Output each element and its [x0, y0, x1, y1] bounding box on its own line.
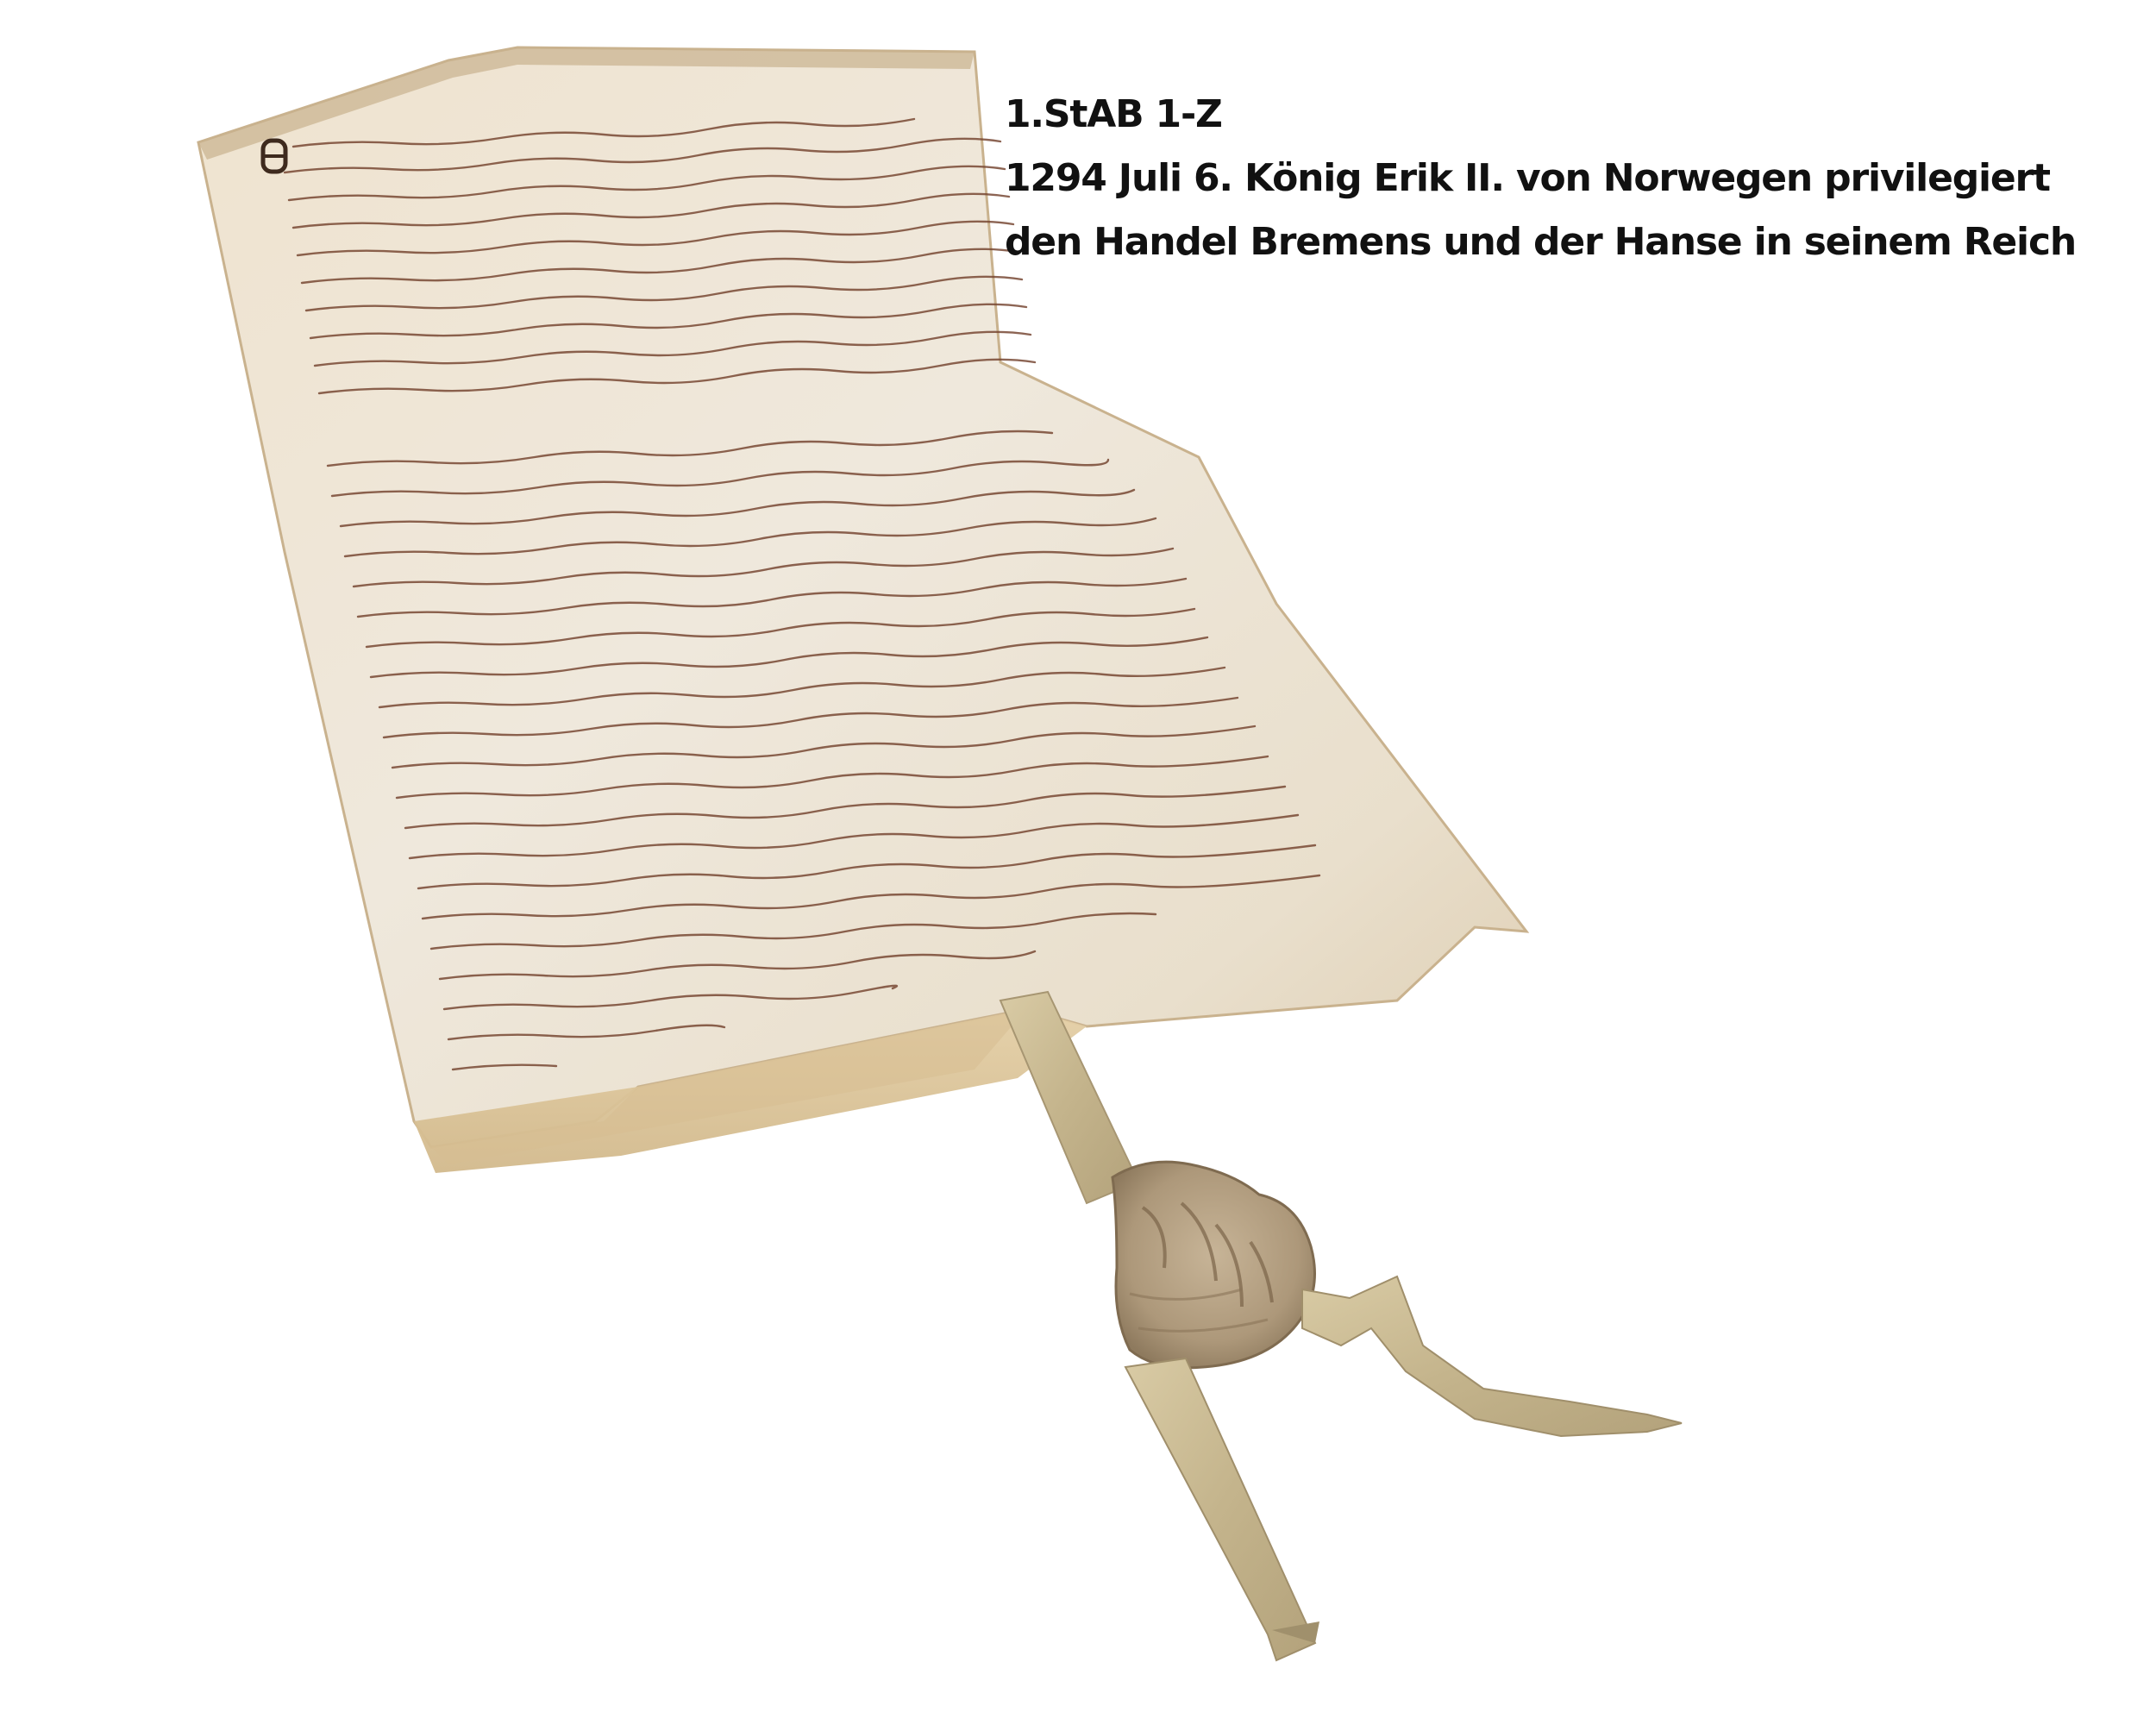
wax-seal — [1112, 1162, 1315, 1368]
seal-strap-lower-left — [1125, 1358, 1319, 1660]
caption-title-line-1: 1294 Juli 6. König Erik II. von Norwegen… — [1005, 147, 2143, 210]
seal-strap-lower-right — [1302, 1276, 1682, 1436]
caption-title-line-2: den Handel Bremens und der Hanse in sein… — [1005, 210, 2143, 274]
document-caption: 1.StAB 1-Z 1294 Juli 6. König Erik II. v… — [1005, 83, 2143, 274]
archive-signature: 1.StAB 1-Z — [1005, 83, 2143, 147]
document-photo-stage: 1.StAB 1-Z 1294 Juli 6. König Erik II. v… — [0, 0, 2156, 1725]
